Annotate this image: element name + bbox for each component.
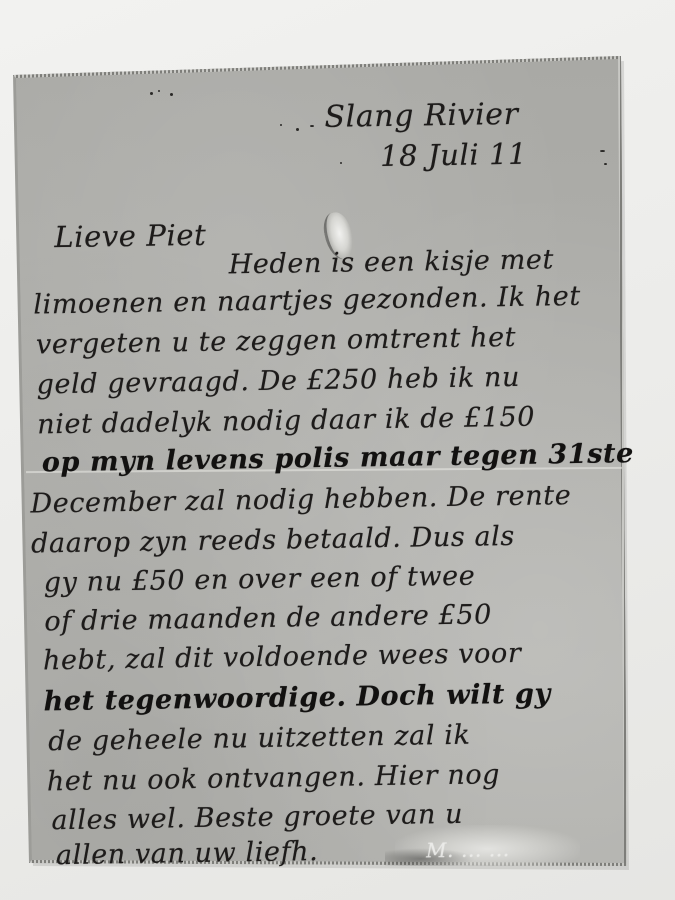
letter-line-7: December zal nodig hebben. De rente [30, 480, 571, 519]
letter-salutation: Lieve Piet [54, 218, 207, 254]
letter-line-3: vergeten u te zeggen omtrent het [36, 322, 517, 361]
letter-line-12: het tegenwoordige. Doch wilt gy [43, 678, 551, 717]
letter-line-1: Heden is een kisje met [229, 244, 555, 280]
letter-date: 18 Juli 11 [380, 137, 528, 173]
letter-closing: allen van uw liefh. [56, 836, 319, 871]
letter-line-8: daarop zyn reeds betaald. Dus als [31, 521, 515, 560]
letter-signature-faded: M. ... ... [426, 837, 510, 862]
letter-line-13: de geheele nu uitzetten zal ik [48, 720, 471, 758]
letter-line-4: geld gevraagd. De £250 heb ik nu [36, 362, 520, 401]
letter-line-2: limoenen en naartjes gezonden. Ik het [33, 281, 581, 321]
letter-line-9: gy nu £50 en over een of twee [43, 561, 475, 599]
letter-line-14: het nu ook ontvangen. Hier nog [47, 759, 501, 797]
letter-line-15: alles wel. Beste groete van u [51, 799, 463, 836]
letter-line-10: of drie maanden de andere £50 [44, 599, 492, 637]
letter-line-5: niet dadelyk nodig daar ik de £150 [37, 402, 535, 441]
letter-handwriting: Slang Rivier 18 Juli 11 Lieve Piet Heden… [0, 0, 675, 900]
letter-line-6: op myn levens polis maar tegen 31ste [42, 438, 634, 478]
letter-place: Slang Rivier [324, 97, 519, 135]
letter-line-11: hebt, zal dit voldoende wees voor [43, 638, 522, 677]
